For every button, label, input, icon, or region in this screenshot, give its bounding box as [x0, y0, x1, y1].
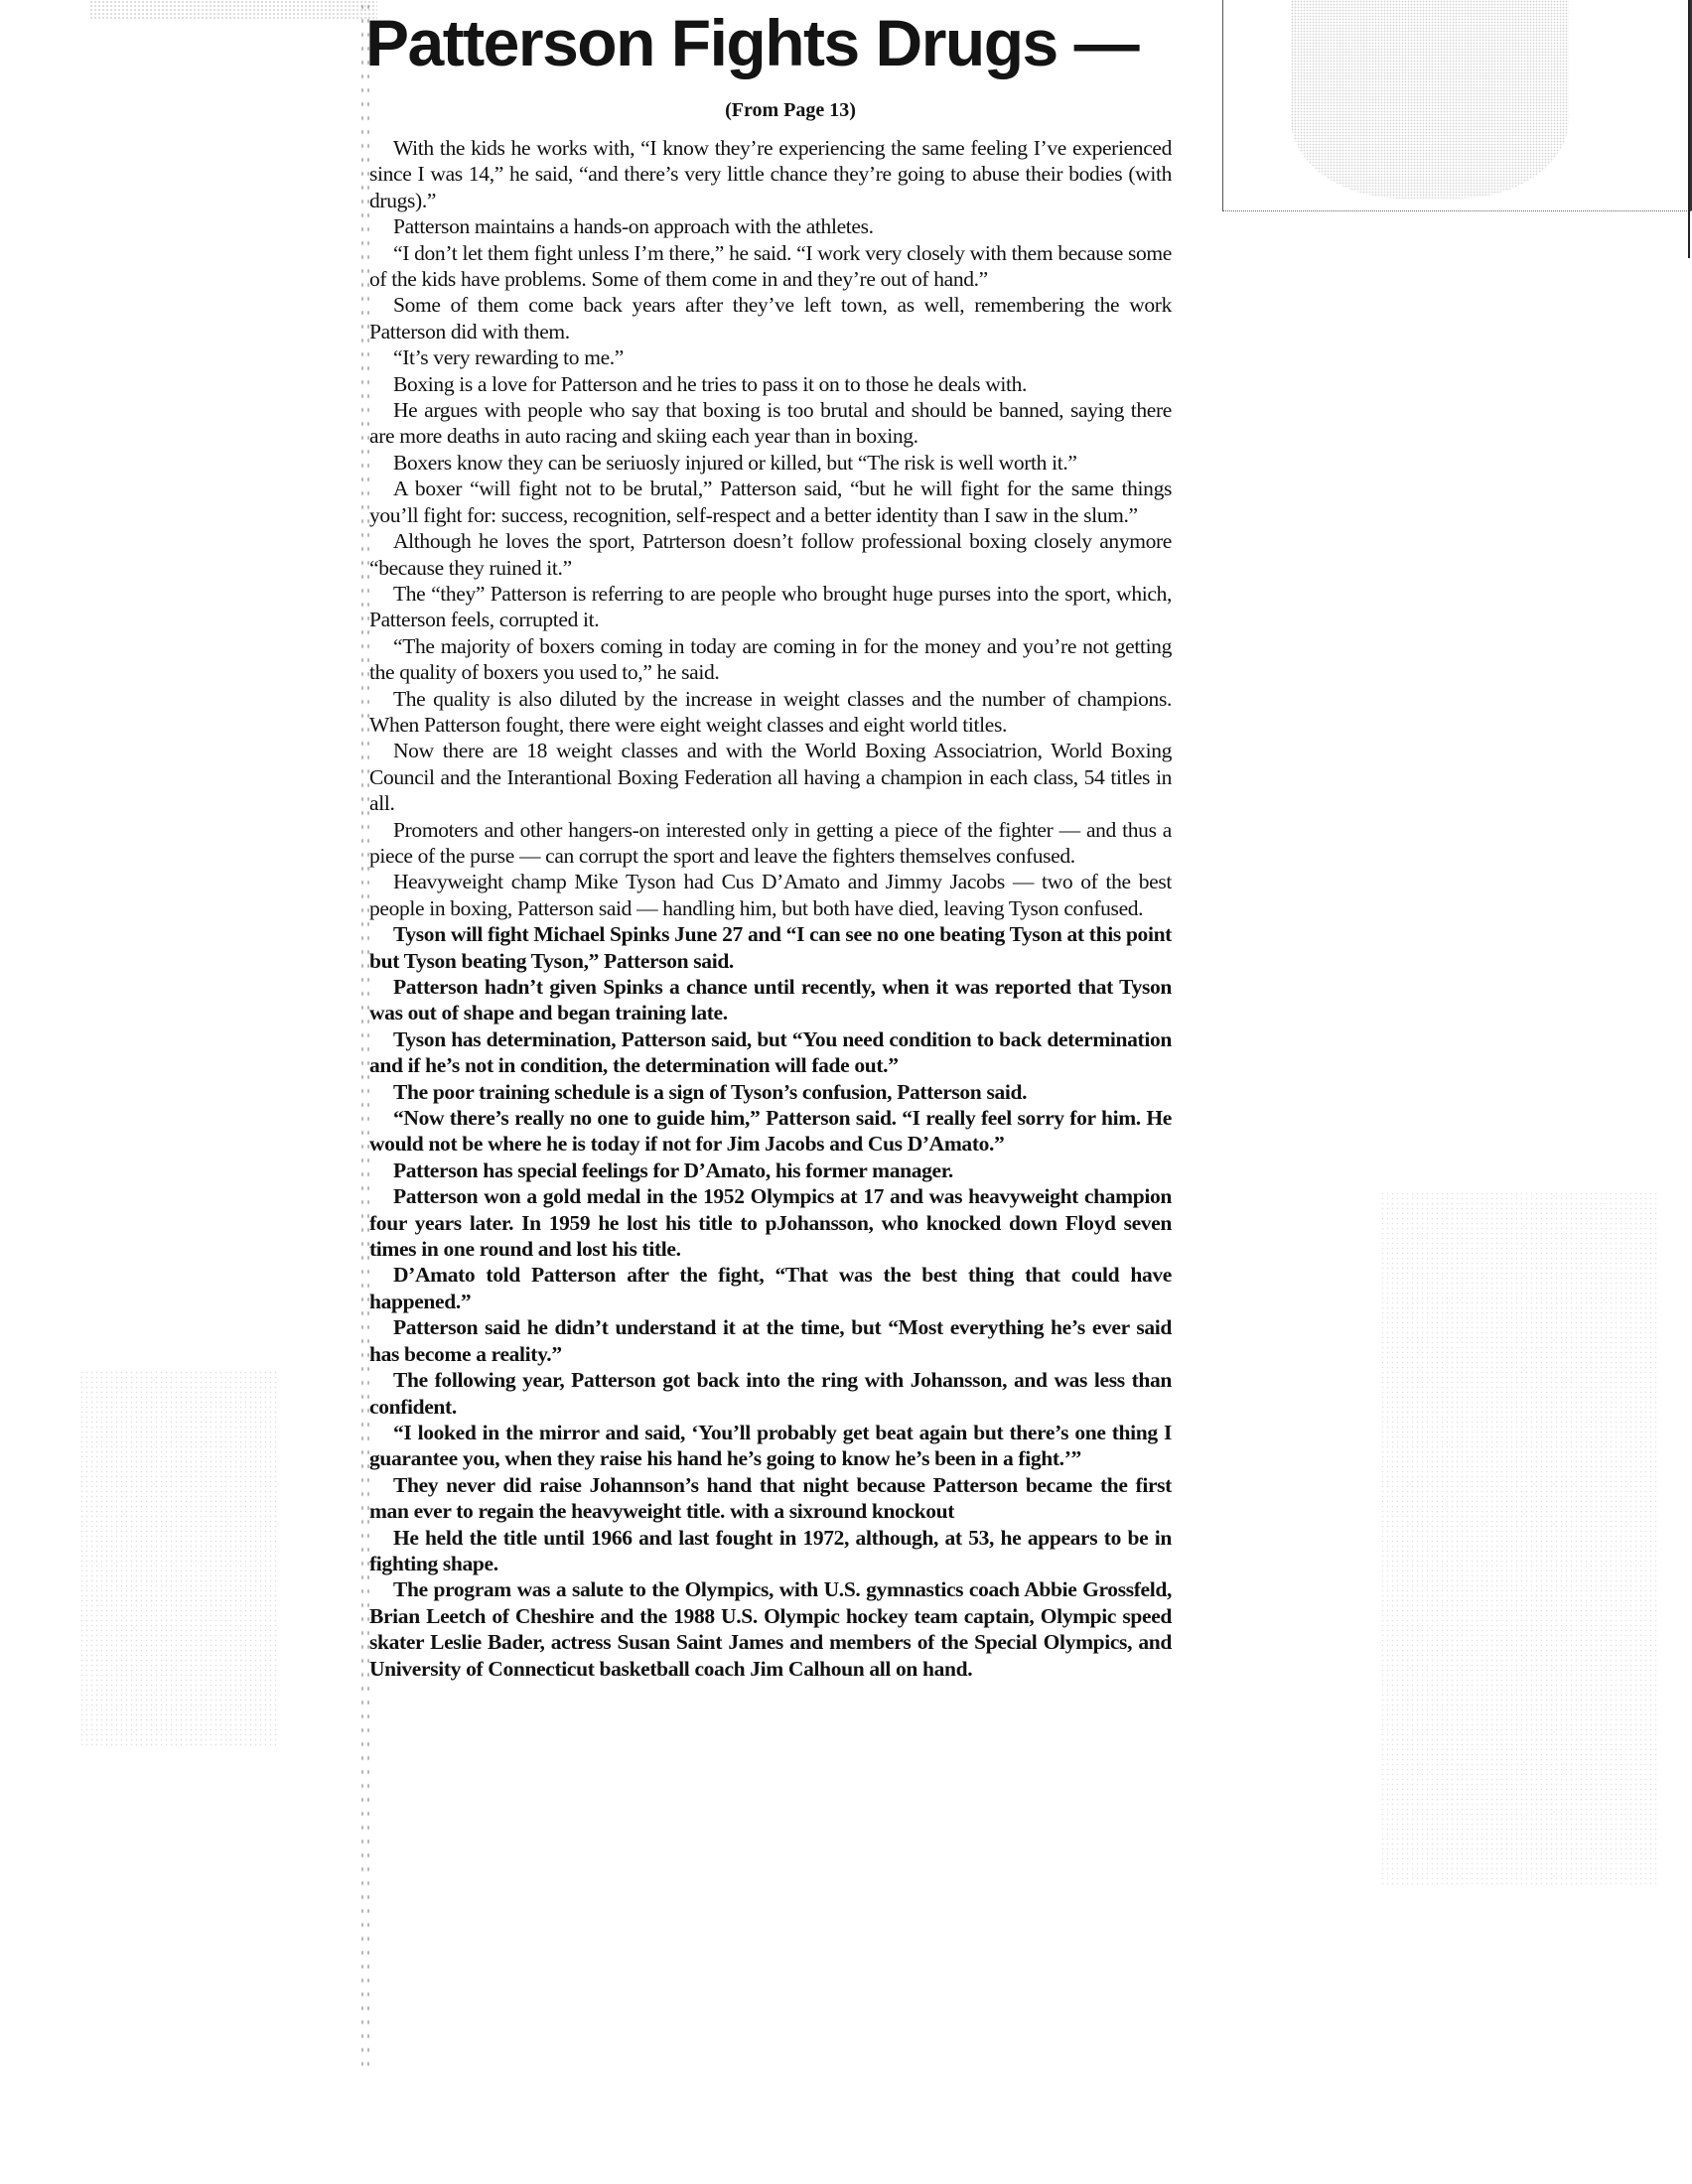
paragraph: Although he loves the sport, Patrterson …: [369, 528, 1172, 581]
article: Patterson Fights Drugs — (From Page 13) …: [369, 0, 1172, 1682]
paragraph: Boxers know they can be seriuosly injure…: [369, 450, 1172, 476]
paragraph: “I don’t let them fight unless I’m there…: [369, 240, 1172, 293]
paragraph: The program was a salute to the Olympics…: [369, 1576, 1172, 1682]
paragraph: Tyson will fight Michael Spinks June 27 …: [369, 921, 1172, 974]
scan-noise: [79, 1370, 278, 1747]
paragraph: Patterson maintains a hands-on approach …: [369, 213, 1172, 239]
continued-from-label: (From Page 13): [369, 97, 1172, 123]
paragraph: Patterson has special feelings for D’Ama…: [369, 1158, 1172, 1183]
paragraph: The following year, Patterson got back i…: [369, 1367, 1172, 1420]
paragraph: Patterson won a gold medal in the 1952 O…: [369, 1183, 1172, 1262]
paragraph: They never did raise Johannson’s hand th…: [369, 1472, 1172, 1525]
headline: Patterson Fights Drugs —: [365, 4, 1172, 81]
column-gutter-marks: [359, 0, 369, 2075]
paragraph: The “they” Patterson is referring to are…: [369, 581, 1172, 633]
paragraph: Tyson has determination, Patterson said,…: [369, 1026, 1172, 1079]
paragraph: The quality is also diluted by the incre…: [369, 686, 1172, 739]
adjacent-clipping-outline: [1222, 0, 1692, 211]
paragraph: Promoters and other hangers-on intereste…: [369, 817, 1172, 870]
scan-noise: [89, 0, 377, 20]
paragraph: D’Amato told Patterson after the fight, …: [369, 1262, 1172, 1314]
paragraph: Boxing is a love for Patterson and he tr…: [369, 371, 1172, 397]
paragraph: A boxer “will fight not to be brutal,” P…: [369, 476, 1172, 528]
paragraph: “It’s very rewarding to me.”: [369, 344, 1172, 370]
scan-noise: [1380, 1191, 1658, 1886]
paragraph: Heavyweight champ Mike Tyson had Cus D’A…: [369, 869, 1172, 921]
paragraph: The poor training schedule is a sign of …: [369, 1079, 1172, 1105]
paragraph: Now there are 18 weight classes and with…: [369, 738, 1172, 816]
paragraph: Patterson hadn’t given Spinks a chance u…: [369, 974, 1172, 1026]
paragraph: With the kids he works with, “I know the…: [369, 135, 1172, 213]
paragraph: “The majority of boxers coming in today …: [369, 633, 1172, 686]
article-body: With the kids he works with, “I know the…: [369, 135, 1172, 1682]
paragraph: “I looked in the mirror and said, ‘You’l…: [369, 1420, 1172, 1472]
paragraph: He held the title until 1966 and last fo…: [369, 1525, 1172, 1577]
page-edge: [1688, 0, 1690, 258]
paragraph: He argues with people who say that boxin…: [369, 397, 1172, 450]
paragraph: Some of them come back years after they’…: [369, 292, 1172, 344]
paragraph: “Now there’s really no one to guide him,…: [369, 1105, 1172, 1158]
paragraph: Patterson said he didn’t understand it a…: [369, 1314, 1172, 1367]
